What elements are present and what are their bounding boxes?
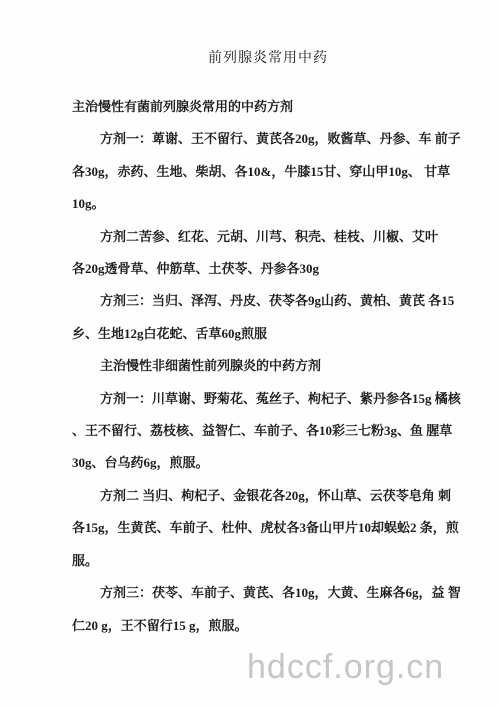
text-line: 各15g，生黄芪、车前子、杜仲、虎杖各3备山甲片10却蜈蚣2 条，煎 <box>72 512 464 544</box>
document-content: 前列腺炎常用中药 主治慢性有菌前列腺炎常用的中药方剂 方剂一：萆谢、王不留行、黄… <box>72 48 464 642</box>
text-line: 10g。 <box>72 188 464 220</box>
text-line: 、王不留行、荔枝核、益智仁、车前子、各10彩三七粉3g、鱼 腥草 <box>72 415 464 447</box>
section-2-paragraph-1: 方剂一：川草谢、野菊花、菟丝子、枸杞子、紫丹参各15g 橘核 、王不留行、荔枝核… <box>72 383 464 480</box>
text-line: 乡、生地12g白花蛇、舌草60g煎服 <box>72 318 464 350</box>
text-line: 各30g，赤药、生地、柴胡、各10&，牛膝15甘、穿山甲10g、 甘草 <box>72 156 464 188</box>
text-line: 各20g透骨草、仲筋草、土茯苓、丹参各30g <box>72 253 464 285</box>
text-line: 30g、台乌药6g，煎服。 <box>72 447 464 479</box>
text-line: 服。 <box>72 545 464 577</box>
section-2-heading: 主治慢性非细菌性前列腺炎的中药方剂 <box>72 350 464 382</box>
section-2-paragraph-2: 方剂二 当归、枸杞子、金银花各20g，怀山草、云茯苓皂角 刺 各15g，生黄芪、… <box>72 480 464 577</box>
section-1-paragraph-2: 方剂二苦参、红花、元胡、川芎、积壳、桂枝、川椒、艾叶 各20g透骨草、仲筋草、土… <box>72 221 464 286</box>
text-line: 方剂三：当归、泽泻、丹皮、茯苓各9g山药、黄柏、黄芪 各15 <box>72 285 464 317</box>
section-1-paragraph-3: 方剂三：当归、泽泻、丹皮、茯苓各9g山药、黄柏、黄芪 各15 乡、生地12g白花… <box>72 285 464 350</box>
text-line: 方剂二苦参、红花、元胡、川芎、积壳、桂枝、川椒、艾叶 <box>72 221 464 253</box>
text-line: 方剂一：川草谢、野菊花、菟丝子、枸杞子、紫丹参各15g 橘核 <box>72 383 464 415</box>
text-line: 仁20 g，王不留行15 g，煎服。 <box>72 610 464 642</box>
text-line: 方剂二 当归、枸杞子、金银花各20g，怀山草、云茯苓皂角 刺 <box>72 480 464 512</box>
document-page: 前列腺炎常用中药 主治慢性有菌前列腺炎常用的中药方剂 方剂一：萆谢、王不留行、黄… <box>0 0 500 707</box>
text-line: 方剂三：茯苓、车前子、黄芪、各10g，大黄、生麻各6g，益 智 <box>72 577 464 609</box>
section-1-paragraph-1: 方剂一：萆谢、王不留行、黄芪各20g，败酱草、丹参、车 前子 各30g，赤药、生… <box>72 123 464 220</box>
watermark: hdccf.org.cn <box>247 648 444 687</box>
section-1-heading: 主治慢性有菌前列腺炎常用的中药方剂 <box>72 91 464 123</box>
text-line: 方剂一：萆谢、王不留行、黄芪各20g，败酱草、丹参、车 前子 <box>72 123 464 155</box>
document-title: 前列腺炎常用中药 <box>72 48 464 70</box>
section-2-paragraph-3: 方剂三：茯苓、车前子、黄芪、各10g，大黄、生麻各6g，益 智 仁20 g，王不… <box>72 577 464 642</box>
